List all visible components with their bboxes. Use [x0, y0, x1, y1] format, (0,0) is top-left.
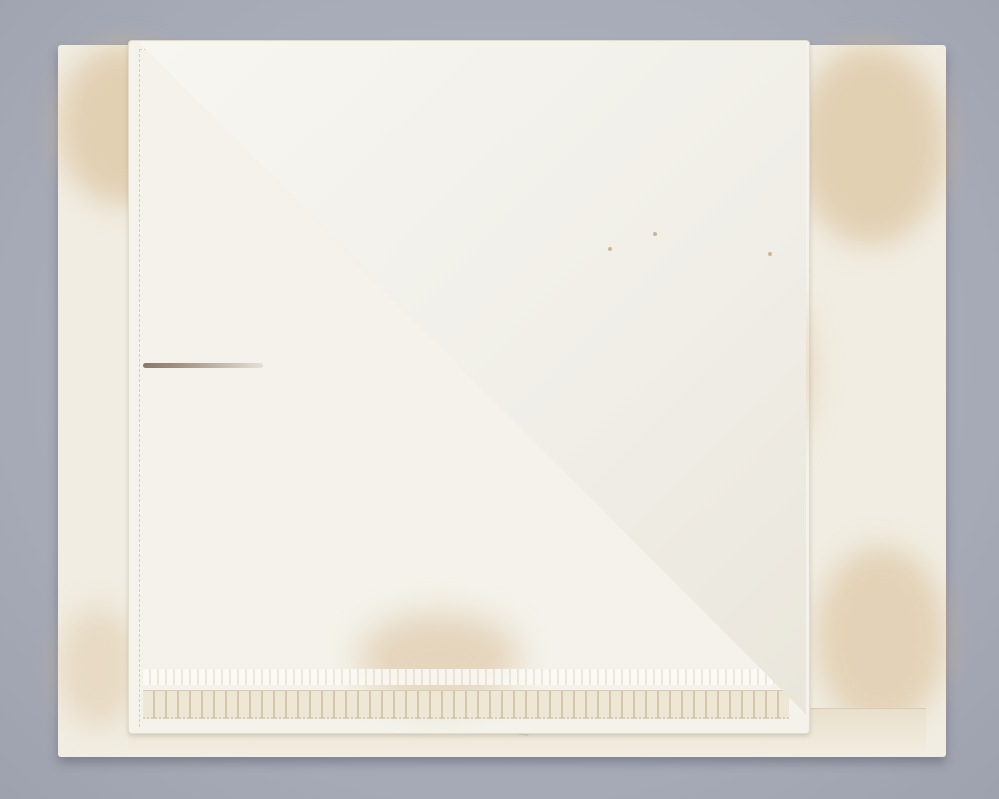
spot	[768, 252, 772, 256]
stain-top-right	[796, 45, 946, 245]
ink-mark	[143, 363, 263, 368]
embroidered-band	[143, 669, 789, 685]
stain-bottom-right	[816, 547, 946, 727]
spot	[608, 247, 612, 251]
lace-border	[143, 690, 789, 719]
spot	[653, 232, 657, 236]
stain-bottom-left	[58, 607, 138, 727]
